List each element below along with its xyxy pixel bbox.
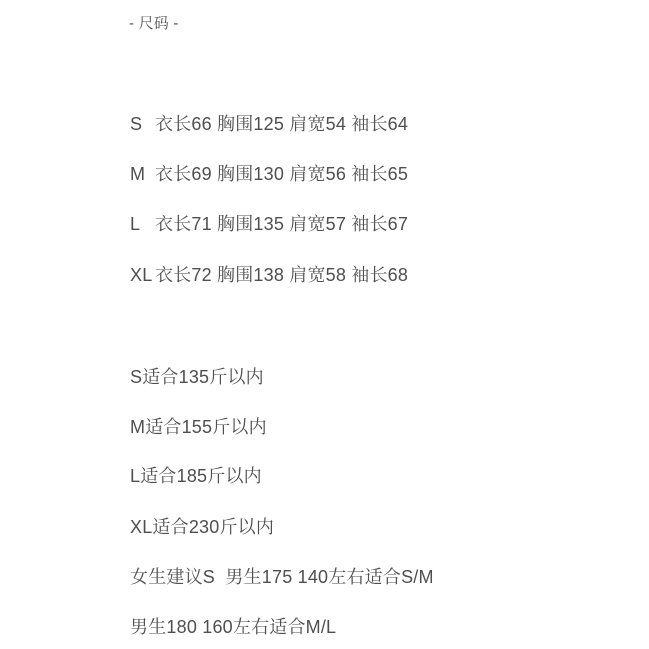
fit-advice-male: 男生180 160左右适合M/L — [130, 614, 336, 640]
fit-advice-female: 女生建议S 男生175 140左右适合S/M — [130, 564, 434, 590]
size-description-page: - 尺码 - S衣长66 胸围125 肩宽54 袖长64 M衣长69 胸围130… — [0, 0, 649, 649]
size-row-xl: XL衣长72 胸围138 肩宽58 袖长68 — [130, 262, 408, 288]
page-title: - 尺码 - — [129, 13, 179, 35]
size-measurements-xl: 衣长72 胸围138 肩宽58 袖长68 — [155, 265, 408, 285]
size-measurements-l: 衣长71 胸围135 肩宽57 袖长67 — [155, 214, 408, 234]
fit-line-xl: XL适合230斤以内 — [130, 514, 274, 540]
fit-line-l: L适合185斤以内 — [130, 463, 262, 489]
size-row-l: L衣长71 胸围135 肩宽57 袖长67 — [130, 211, 408, 237]
size-label-l: L — [130, 211, 155, 237]
size-measurements-s: 衣长66 胸围125 肩宽54 袖长64 — [155, 114, 408, 134]
fit-line-s: S适合135斤以内 — [130, 364, 264, 390]
size-label-xl: XL — [130, 262, 155, 288]
size-label-m: M — [130, 161, 155, 187]
size-row-m: M衣长69 胸围130 肩宽56 袖长65 — [130, 161, 408, 187]
size-measurements-m: 衣长69 胸围130 肩宽56 袖长65 — [155, 164, 408, 184]
fit-line-m: M适合155斤以内 — [130, 414, 267, 440]
size-label-s: S — [130, 111, 155, 137]
size-row-s: S衣长66 胸围125 肩宽54 袖长64 — [130, 111, 408, 137]
